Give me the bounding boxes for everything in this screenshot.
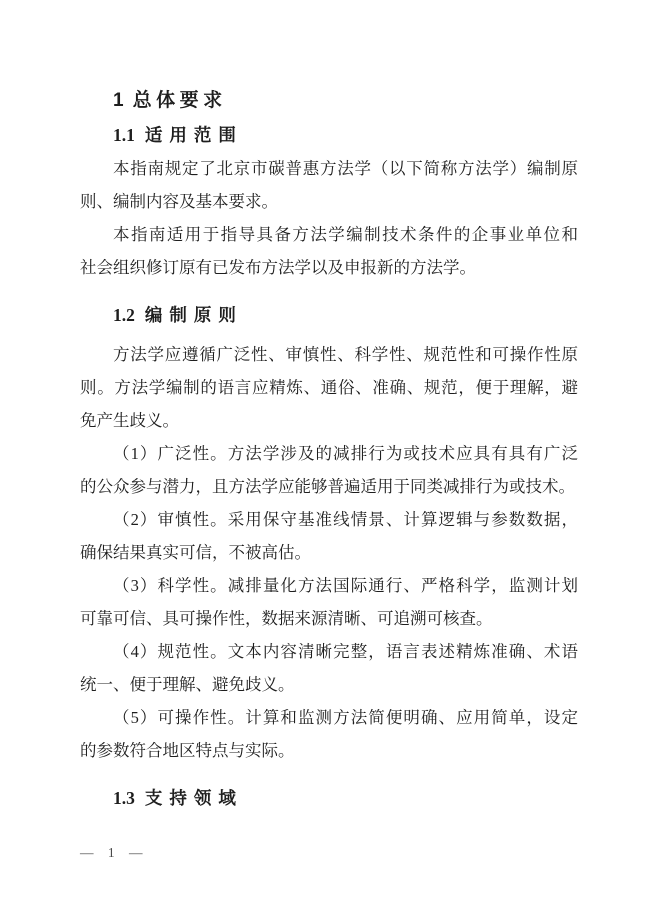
text-line: 方法学应遵循广泛性、审慎性、科学性、规范性和可操作性原 xyxy=(80,338,578,371)
text-line: （4）规范性。文本内容清晰完整，语言表述精炼准确、术语 xyxy=(80,635,578,668)
text-line: 免产生歧义。 xyxy=(80,404,578,437)
paragraph-principle-2: （2）审慎性。采用保守基准线情景、计算逻辑与参数数据，确保结果真实可信，不被高估… xyxy=(80,503,578,569)
text-line: 的参数符合地区特点与实际。 xyxy=(80,734,578,767)
text-line: （5）可操作性。计算和监测方法简便明确、应用简单，设定 xyxy=(80,701,578,734)
section-heading-1: 1总体要求 xyxy=(80,84,578,118)
paragraph-principle-5: （5）可操作性。计算和监测方法简便明确、应用简单，设定的参数符合地区特点与实际。 xyxy=(80,701,578,767)
subsection-heading-1-2: 1.2编制原则 xyxy=(80,298,578,332)
paragraph-principle-4: （4）规范性。文本内容清晰完整，语言表述精炼准确、术语统一、便于理解、避免歧义。 xyxy=(80,635,578,701)
text-line: 本指南适用于指导具备方法学编制技术条件的企事业单位和 xyxy=(80,218,578,251)
page-content: 1总体要求 1.1适用范围 本指南规定了北京市碳普惠方法学（以下简称方法学）编制… xyxy=(0,0,645,815)
section-number: 1 xyxy=(113,90,124,111)
text-line: 确保结果真实可信，不被高估。 xyxy=(80,536,578,569)
document-page: 1总体要求 1.1适用范围 本指南规定了北京市碳普惠方法学（以下简称方法学）编制… xyxy=(0,0,645,916)
subsection-title: 编制原则 xyxy=(145,305,243,325)
subsection-title: 适用范围 xyxy=(145,125,243,145)
text-line: （3）科学性。减排量化方法国际通行、严格科学，监测计划 xyxy=(80,569,578,602)
subsection-title: 支持领域 xyxy=(145,788,243,808)
subsection-heading-1-1: 1.1适用范围 xyxy=(80,118,578,152)
text-line: 的公众参与潜力，且方法学应能够普遍适用于同类减排行为或技术。 xyxy=(80,470,578,503)
text-line: （2）审慎性。采用保守基准线情景、计算逻辑与参数数据， xyxy=(80,503,578,536)
text-line: 社会组织修订原有已发布方法学以及申报新的方法学。 xyxy=(80,251,578,284)
page-number: — 1 — xyxy=(80,844,145,862)
paragraph-scope: 本指南规定了北京市碳普惠方法学（以下简称方法学）编制原则、编制内容及基本要求。 xyxy=(80,152,578,218)
text-line: （1）广泛性。方法学涉及的减排行为或技术应具有具有广泛 xyxy=(80,437,578,470)
text-line: 统一、便于理解、避免歧义。 xyxy=(80,668,578,701)
text-line: 则、编制内容及基本要求。 xyxy=(80,185,578,218)
paragraph-principles-intro: 方法学应遵循广泛性、审慎性、科学性、规范性和可操作性原则。方法学编制的语言应精炼… xyxy=(80,338,578,437)
text-line: 则。方法学编制的语言应精炼、通俗、准确、规范，便于理解，避 xyxy=(80,371,578,404)
paragraph-principle-3: （3）科学性。减排量化方法国际通行、严格科学，监测计划可靠可信、具可操作性，数据… xyxy=(80,569,578,635)
paragraph-applicability: 本指南适用于指导具备方法学编制技术条件的企事业单位和社会组织修订原有已发布方法学… xyxy=(80,218,578,284)
subsection-number: 1.1 xyxy=(113,125,135,145)
text-line: 本指南规定了北京市碳普惠方法学（以下简称方法学）编制原 xyxy=(80,152,578,185)
subsection-number: 1.2 xyxy=(113,305,135,325)
subsection-heading-1-3: 1.3支持领域 xyxy=(80,781,578,815)
section-title: 总体要求 xyxy=(133,90,227,111)
subsection-number: 1.3 xyxy=(113,788,135,808)
text-line: 可靠可信、具可操作性，数据来源清晰、可追溯可核查。 xyxy=(80,602,578,635)
paragraph-principle-1: （1）广泛性。方法学涉及的减排行为或技术应具有具有广泛的公众参与潜力，且方法学应… xyxy=(80,437,578,503)
